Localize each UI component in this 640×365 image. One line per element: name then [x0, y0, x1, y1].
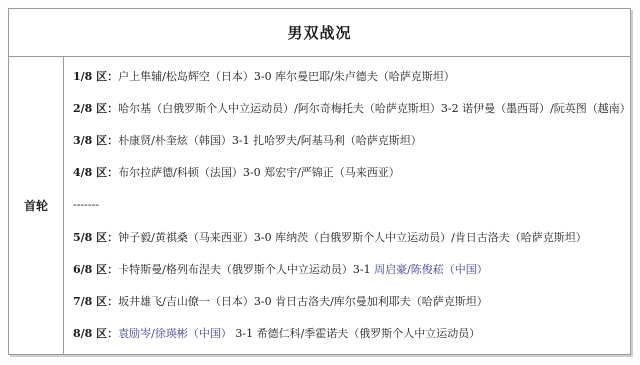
match-row: 8/8 区：袁励岑/徐瑛彬（中国） 3-1 希德仁科/季霍诺夫（俄罗斯个人中立运…	[73, 327, 626, 341]
match-text: 朴康贤/朴奎炫（韩国）3-1 扎哈罗夫/阿基马利（哈萨克斯坦）	[118, 134, 422, 147]
match-text: 布尔拉萨德/科顿（法国）3-0 郑宏宇/严锦正（马来西亚）	[118, 166, 400, 179]
zone-label: 1/8 区：	[73, 70, 118, 83]
match-row: 4/8 区：布尔拉萨德/科顿（法国）3-0 郑宏宇/严锦正（马来西亚）	[73, 166, 626, 180]
zone-label: 7/8 区：	[73, 295, 118, 308]
match-text: 坂井雄飞/吉山僚一（日本）3-0 肯日古洛夫/库尔曼加利耶夫（哈萨克斯坦）	[118, 295, 488, 308]
match-row: 1/8 区：户上隼辅/松岛辉空（日本）3-0 库尔曼巴耶/朱卢德夫（哈萨克斯坦）	[73, 70, 626, 84]
zone-label: 3/8 区：	[73, 134, 118, 147]
match-row: 2/8 区：哈尔基（白俄罗斯个人中立运动员）/阿尔奇梅托夫（哈萨克斯坦）3-2 …	[73, 102, 626, 116]
match-text: 钟子毅/黄祺桑（马来西亚）3-0 库纳茨（白俄罗斯个人中立运动员）/肯日古洛夫（…	[118, 231, 587, 244]
round-label: 首轮	[24, 197, 48, 214]
results-table: 男双战况 首轮 1/8 区：户上隼辅/松岛辉空（日本）3-0 库尔曼巴耶/朱卢德…	[8, 8, 631, 355]
zone-label: 6/8 区：	[73, 263, 118, 276]
match-row: 3/8 区：朴康贤/朴奎炫（韩国）3-1 扎哈罗夫/阿基马利（哈萨克斯坦）	[73, 134, 626, 148]
highlighted-pair: 周启豪/陈俊菘（中国）	[374, 263, 488, 276]
zone-label: 4/8 区：	[73, 166, 118, 179]
zone-label: 5/8 区：	[73, 231, 118, 244]
match-text: 3-1 希德仁科/季霍诺夫（俄罗斯个人中立运动员）	[232, 327, 480, 340]
zone-label: 8/8 区：	[73, 327, 118, 340]
zone-label: 2/8 区：	[73, 102, 118, 115]
table-header: 男双战况	[9, 9, 630, 57]
highlighted-pair: 袁励岑/徐瑛彬（中国）	[118, 327, 232, 340]
match-row: 7/8 区：坂井雄飞/吉山僚一（日本）3-0 肯日古洛夫/库尔曼加利耶夫（哈萨克…	[73, 295, 626, 309]
match-row: -------	[73, 198, 626, 212]
table-body: 首轮 1/8 区：户上隼辅/松岛辉空（日本）3-0 库尔曼巴耶/朱卢德夫（哈萨克…	[9, 57, 630, 354]
round-cell: 首轮	[9, 57, 64, 354]
match-text: -------	[73, 198, 99, 211]
matches-list: 1/8 区：户上隼辅/松岛辉空（日本）3-0 库尔曼巴耶/朱卢德夫（哈萨克斯坦）…	[64, 57, 630, 354]
match-text: 哈尔基（白俄罗斯个人中立运动员）/阿尔奇梅托夫（哈萨克斯坦）3-2 诺伊曼（墨西…	[118, 102, 631, 115]
match-row: 5/8 区：钟子毅/黄祺桑（马来西亚）3-0 库纳茨（白俄罗斯个人中立运动员）/…	[73, 231, 626, 245]
page-title: 男双战况	[287, 22, 351, 43]
match-text: 卡特斯曼/格列布涅夫（俄罗斯个人中立运动员）3-1	[118, 263, 374, 276]
match-text: 户上隼辅/松岛辉空（日本）3-0 库尔曼巴耶/朱卢德夫（哈萨克斯坦）	[118, 70, 455, 83]
match-row: 6/8 区：卡特斯曼/格列布涅夫（俄罗斯个人中立运动员）3-1 周启豪/陈俊菘（…	[73, 263, 626, 277]
